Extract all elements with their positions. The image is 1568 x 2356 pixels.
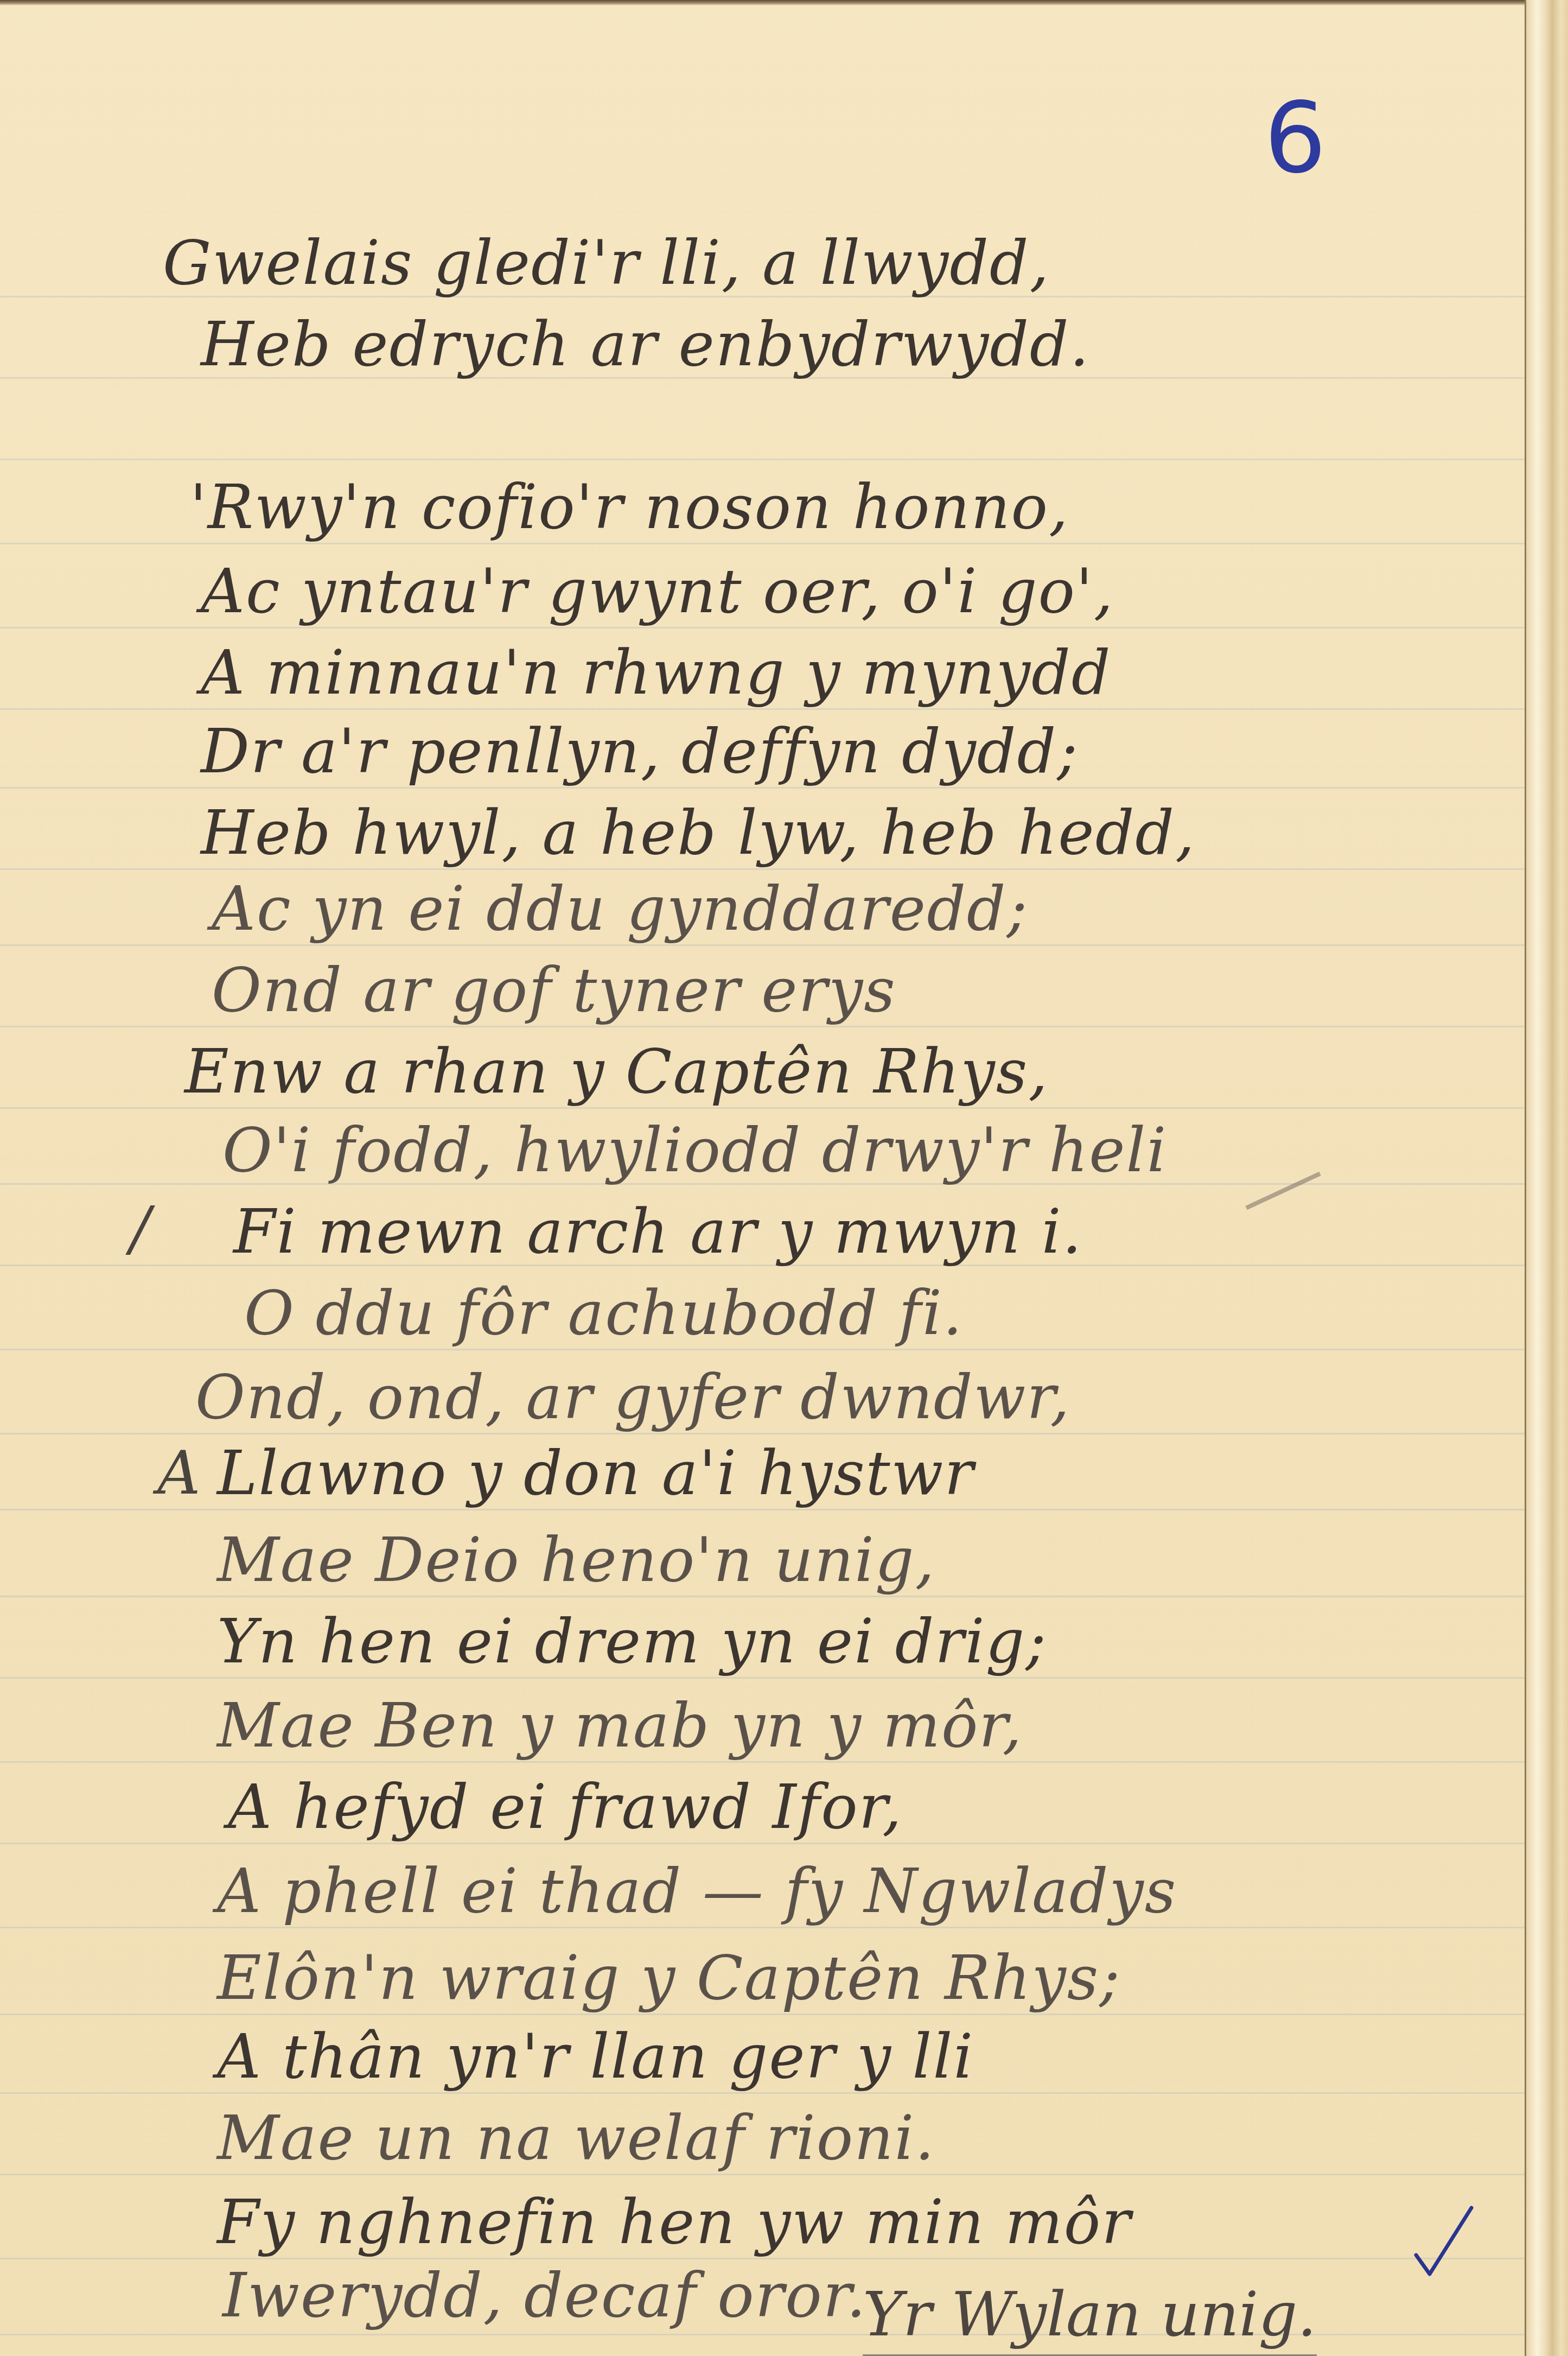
page-number: 6 — [1264, 81, 1327, 195]
poem-line: A hefyd ei frawd Ifor, — [228, 1772, 903, 1843]
ruled-line — [0, 1677, 1525, 1679]
checkmark-icon — [1411, 2203, 1476, 2279]
ruled-line — [0, 543, 1525, 544]
ruled-line — [0, 1509, 1525, 1510]
ruled-line — [0, 459, 1525, 460]
poem-line: Mae un na welaf rioni. — [217, 2103, 935, 2174]
poem-line: Fy nghnefin hen yw min môr — [217, 2187, 1132, 2258]
ruled-line — [0, 708, 1525, 710]
poem-line: Ac yn ei ddu gynddaredd; — [212, 874, 1028, 944]
poem-line: Fi mewn arch ar y mwyn i. — [233, 1197, 1082, 1267]
poem-line: Dr a'r penllyn, deffyn dydd; — [201, 716, 1079, 787]
ruled-line — [0, 1761, 1525, 1763]
poem-line: 'Rwy'n cofio'r noson honno, — [190, 472, 1069, 543]
ruled-line — [0, 1596, 1525, 1597]
poem-line: O'i fodd, hwyliodd drwy'r heli — [222, 1115, 1167, 1186]
ruled-line — [0, 2014, 1525, 2015]
ruled-line — [0, 1107, 1525, 1109]
signature: Yr Wylan unig. — [863, 2279, 1317, 2356]
poem-line: A minnau'n rhwng y mynydd — [201, 638, 1111, 708]
poem-line: Ond ar gof tyner erys — [212, 955, 896, 1026]
ruled-line — [0, 868, 1525, 870]
ruled-line — [0, 944, 1525, 946]
ruled-line — [0, 1927, 1525, 1928]
notebook-edge — [1525, 0, 1568, 2356]
poem-line: Gwelais gledi'r lli, a llwydd, — [163, 228, 1050, 299]
ruled-line — [0, 627, 1525, 628]
poem-line: Mae Ben y mab yn y môr, — [217, 1691, 1023, 1761]
ruled-line — [0, 2092, 1525, 2094]
ruled-line — [0, 2174, 1525, 2175]
poem-line: Heb edrych ar enbydrwydd. — [201, 309, 1090, 380]
poem-line: Heb hwyl, a heb lyw, heb hedd, — [201, 798, 1196, 868]
ruled-line — [0, 1349, 1525, 1350]
margin-slash-mark: / — [130, 1194, 150, 1263]
ruled-line — [0, 1433, 1525, 1434]
page-top-edge — [0, 0, 1568, 5]
ruled-line — [0, 2258, 1525, 2259]
poem-line: A thân yn'r llan ger y lli — [217, 2022, 974, 2092]
ruled-line — [0, 1026, 1525, 1027]
ruled-line — [0, 787, 1525, 789]
poem-line: Iwerydd, decaf oror. — [222, 2260, 867, 2331]
ruled-line — [0, 1843, 1525, 1844]
poem-line: Ond, ond, ar gyfer dwndwr, — [195, 1362, 1070, 1433]
poem-line: Yn hen ei drem yn ei drig; — [217, 1606, 1047, 1677]
poem-line: Llawno y don a'i hystwr — [217, 1438, 974, 1509]
poem-line: Ac yntau'r gwynt oer, o'i go', — [201, 556, 1114, 627]
poem-line: Enw a rhan y Captên Rhys, — [184, 1037, 1049, 1107]
margin-insert-mark: A — [157, 1438, 200, 1508]
poem-line: O ddu fôr achubodd fi. — [244, 1278, 963, 1349]
poem-line: Mae Deio heno'n unig, — [217, 1525, 935, 1596]
poem-line: A phell ei thad — fy Ngwladys — [217, 1856, 1177, 1927]
poem-line: Elôn'n wraig y Captên Rhys; — [217, 1943, 1121, 2014]
